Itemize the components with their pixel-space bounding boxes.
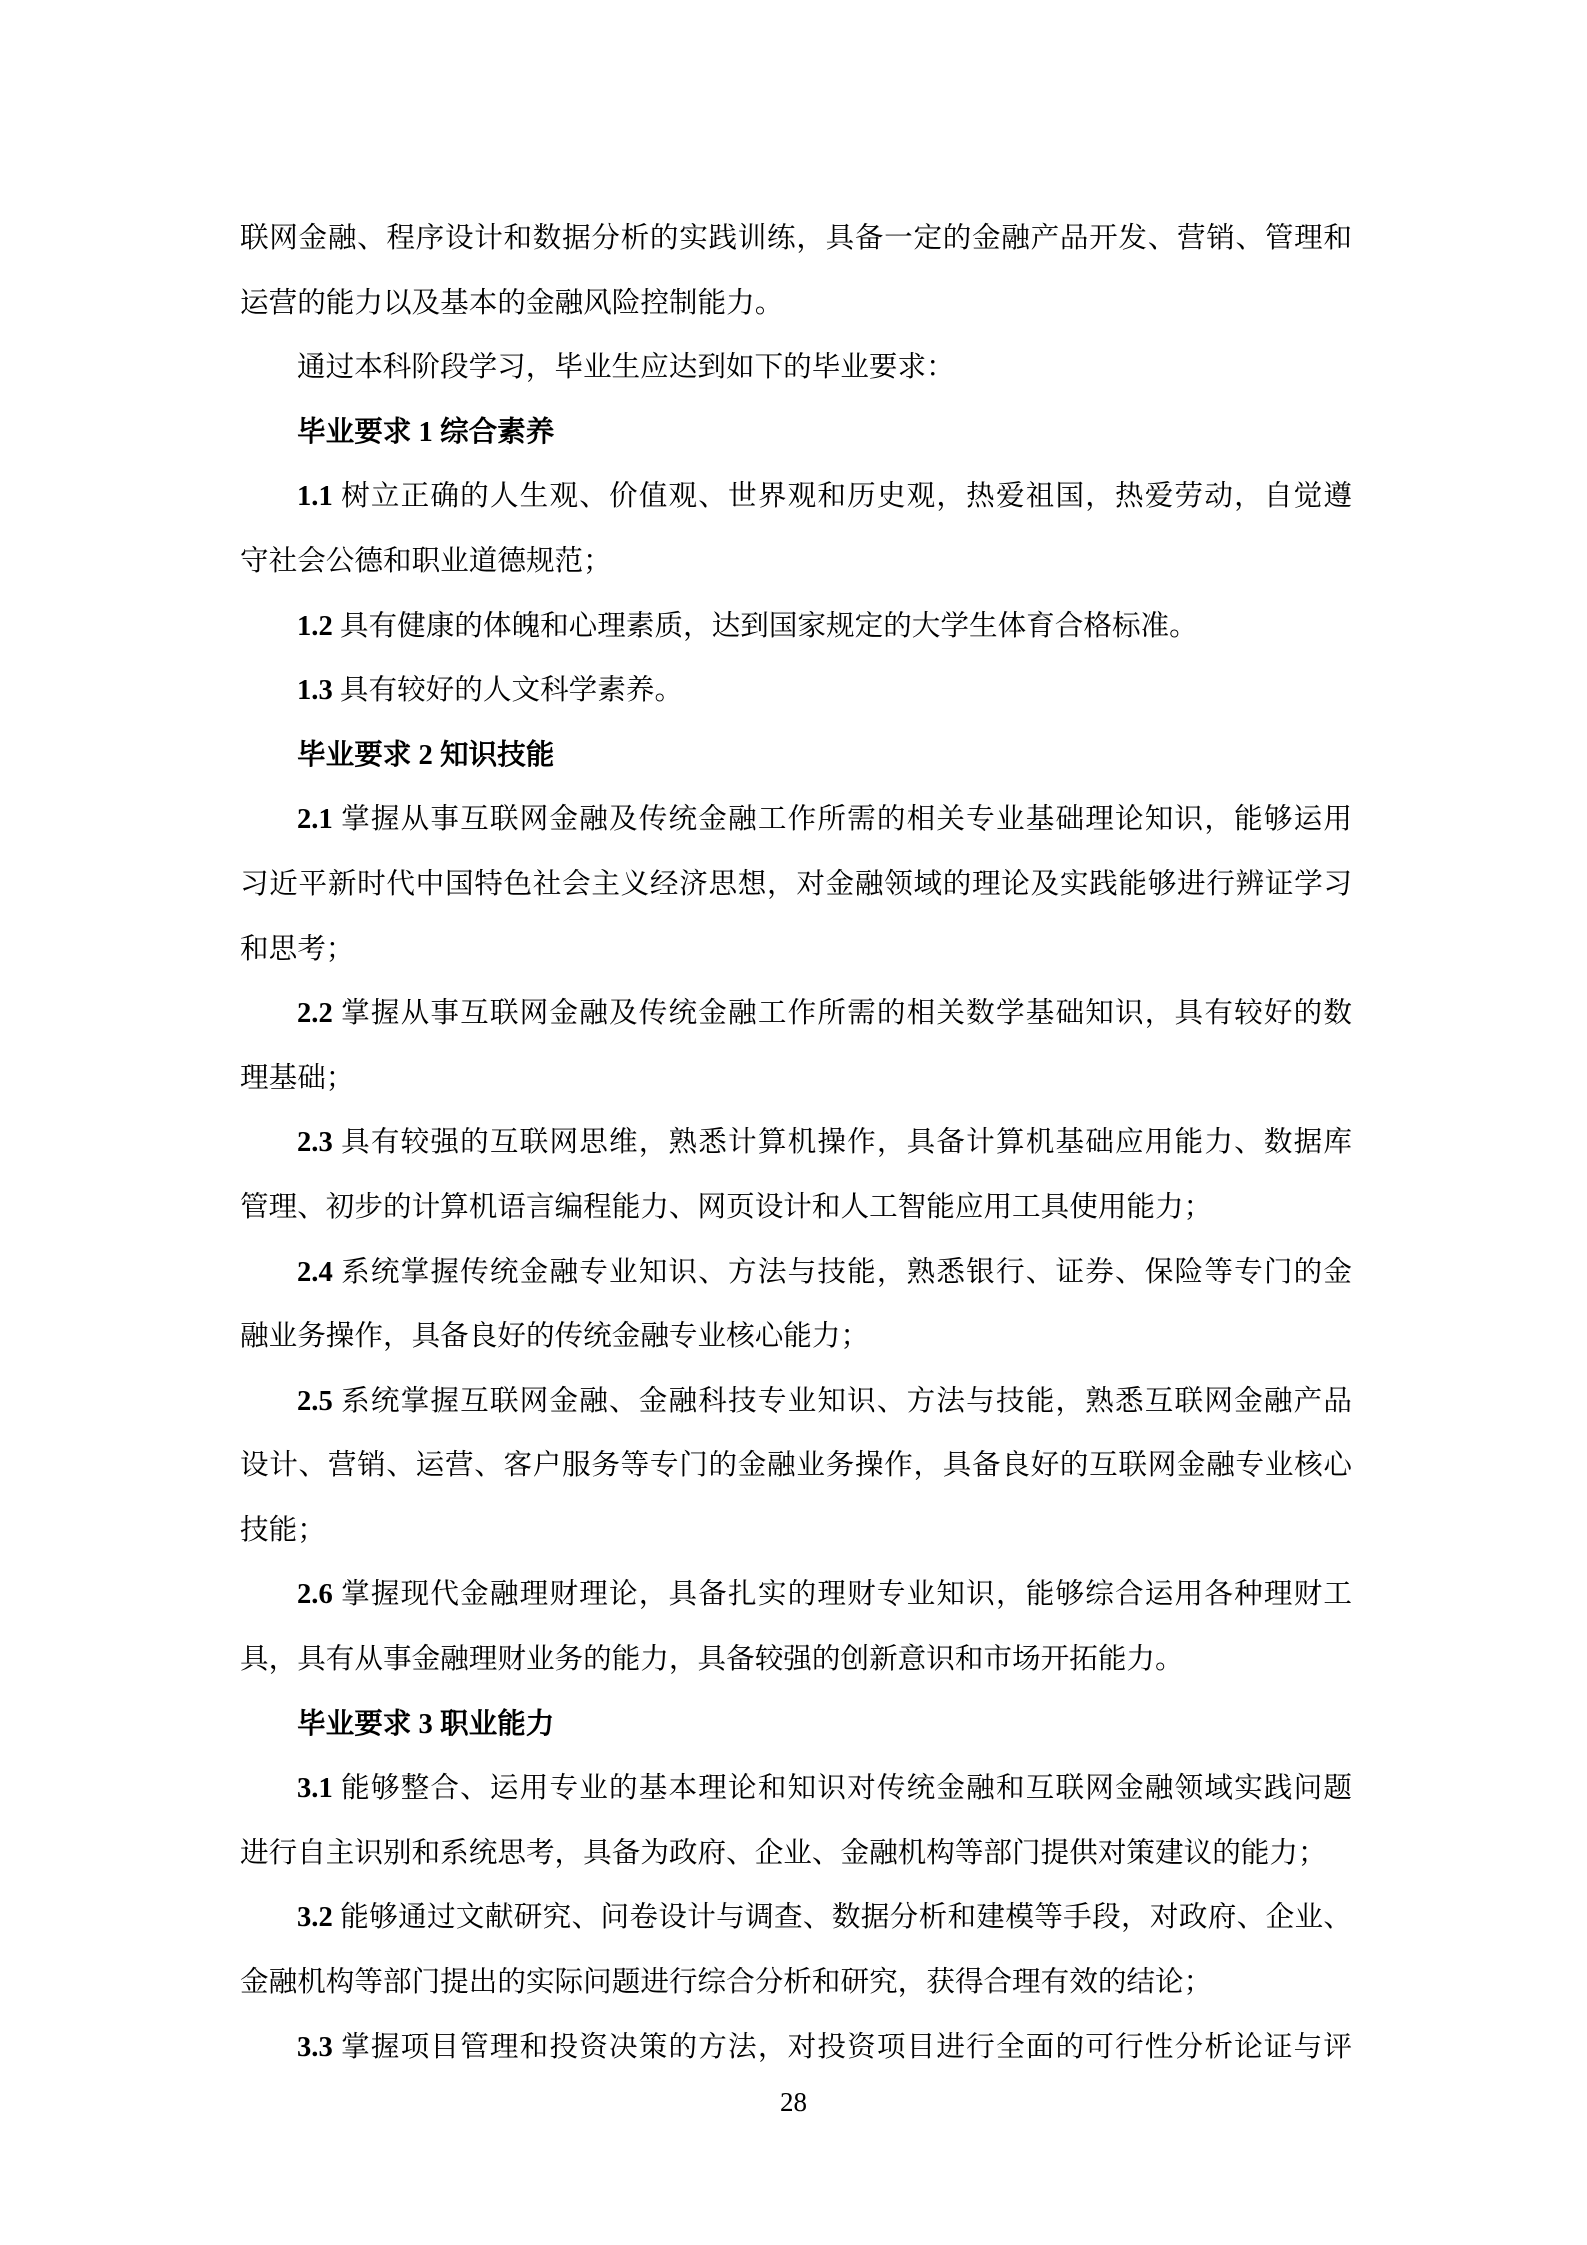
line-text: 通过本科阶段学习，毕业生应达到如下的毕业要求：	[297, 352, 955, 383]
text-line: 守社会公德和职业道德规范；	[240, 530, 1352, 595]
item-number: 2.2	[297, 998, 333, 1029]
text-line: 1.2 具有健康的体魄和心理素质，达到国家规定的大学生体育合格标准。	[240, 595, 1352, 660]
line-text: 金融机构等部门提出的实际问题进行综合分析和研究，获得合理有效的结论；	[240, 1967, 1212, 1998]
line-text: 掌握从事互联网金融及传统金融工作所需的相关数学基础知识，具有较好的数	[341, 998, 1352, 1029]
line-text: 毕业要求 2 知识技能	[297, 740, 554, 771]
item-number: 2.6	[297, 1579, 333, 1610]
line-text: 能够通过文献研究、问卷设计与调查、数据分析和建模等手段，对政府、企业、	[340, 1902, 1352, 1933]
item-number: 2.3	[297, 1127, 333, 1158]
item-number: 1.2	[297, 611, 333, 642]
section-heading: 毕业要求 2 知识技能	[240, 724, 1352, 789]
text-line: 1.1 树立正确的人生观、价值观、世界观和历史观，热爱祖国，热爱劳动，自觉遵	[240, 465, 1352, 530]
line-text: 具有较好的人文科学素养。	[340, 675, 683, 706]
section-heading: 毕业要求 3 职业能力	[240, 1693, 1352, 1758]
item-number: 2.1	[297, 804, 333, 835]
text-line: 通过本科阶段学习，毕业生应达到如下的毕业要求：	[240, 336, 1352, 401]
text-line: 2.4 系统掌握传统金融专业知识、方法与技能，熟悉银行、证券、保险等专门的金	[240, 1241, 1352, 1306]
text-line: 技能；	[240, 1499, 1352, 1564]
line-text: 设计、营销、运营、客户服务等专门的金融业务操作，具备良好的互联网金融专业核心	[240, 1450, 1352, 1481]
text-line: 2.1 掌握从事互联网金融及传统金融工作所需的相关专业基础理论知识，能够运用	[240, 788, 1352, 853]
item-number: 2.4	[297, 1257, 333, 1288]
line-text: 具有健康的体魄和心理素质，达到国家规定的大学生体育合格标准。	[340, 611, 1198, 642]
text-line: 2.2 掌握从事互联网金融及传统金融工作所需的相关数学基础知识，具有较好的数	[240, 982, 1352, 1047]
line-text: 掌握项目管理和投资决策的方法，对投资项目进行全面的可行性分析论证与评	[341, 2032, 1352, 2063]
text-line: 运营的能力以及基本的金融风险控制能力。	[240, 272, 1352, 337]
line-text: 融业务操作，具备良好的传统金融专业核心能力；	[240, 1321, 869, 1352]
text-line: 融业务操作，具备良好的传统金融专业核心能力；	[240, 1305, 1352, 1370]
line-text: 进行自主识别和系统思考，具备为政府、企业、金融机构等部门提供对策建议的能力；	[240, 1838, 1327, 1869]
text-line: 设计、营销、运营、客户服务等专门的金融业务操作，具备良好的互联网金融专业核心	[240, 1434, 1352, 1499]
line-text: 系统掌握互联网金融、金融科技专业知识、方法与技能，熟悉互联网金融产品	[341, 1386, 1352, 1417]
text-line: 2.5 系统掌握互联网金融、金融科技专业知识、方法与技能，熟悉互联网金融产品	[240, 1370, 1352, 1435]
text-line: 3.2 能够通过文献研究、问卷设计与调查、数据分析和建模等手段，对政府、企业、	[240, 1886, 1352, 1951]
text-line: 管理、初步的计算机语言编程能力、网页设计和人工智能应用工具使用能力；	[240, 1176, 1352, 1241]
text-line: 习近平新时代中国特色社会主义经济思想，对金融领域的理论及实践能够进行辨证学习	[240, 853, 1352, 918]
item-number: 3.1	[297, 1773, 333, 1804]
text-line: 2.3 具有较强的互联网思维，熟悉计算机操作，具备计算机基础应用能力、数据库	[240, 1111, 1352, 1176]
page-number: 28	[0, 2082, 1587, 2122]
line-text: 习近平新时代中国特色社会主义经济思想，对金融领域的理论及实践能够进行辨证学习	[240, 869, 1352, 900]
item-number: 1.1	[297, 481, 333, 512]
line-text: 管理、初步的计算机语言编程能力、网页设计和人工智能应用工具使用能力；	[240, 1192, 1212, 1223]
line-text: 树立正确的人生观、价值观、世界观和历史观，热爱祖国，热爱劳动，自觉遵	[341, 481, 1352, 512]
line-text: 和思考；	[240, 934, 354, 965]
document-page: 联网金融、程序设计和数据分析的实践训练，具备一定的金融产品开发、营销、管理和运营…	[0, 0, 1587, 2245]
text-line: 具，具有从事金融理财业务的能力，具备较强的创新意识和市场开拓能力。	[240, 1628, 1352, 1693]
line-text: 毕业要求 3 职业能力	[297, 1709, 554, 1740]
document-body: 联网金融、程序设计和数据分析的实践训练，具备一定的金融产品开发、营销、管理和运营…	[240, 207, 1352, 2080]
text-line: 2.6 掌握现代金融理财理论，具备扎实的理财专业知识，能够综合运用各种理财工	[240, 1563, 1352, 1628]
line-text: 具，具有从事金融理财业务的能力，具备较强的创新意识和市场开拓能力。	[240, 1644, 1184, 1675]
line-text: 掌握从事互联网金融及传统金融工作所需的相关专业基础理论知识，能够运用	[341, 804, 1352, 835]
text-line: 联网金融、程序设计和数据分析的实践训练，具备一定的金融产品开发、营销、管理和	[240, 207, 1352, 272]
item-number: 2.5	[297, 1386, 333, 1417]
line-text: 掌握现代金融理财理论，具备扎实的理财专业知识，能够综合运用各种理财工	[341, 1579, 1352, 1610]
item-number: 3.3	[297, 2032, 333, 2063]
text-line: 1.3 具有较好的人文科学素养。	[240, 659, 1352, 724]
line-text: 系统掌握传统金融专业知识、方法与技能，熟悉银行、证券、保险等专门的金	[341, 1257, 1352, 1288]
line-text: 技能；	[240, 1515, 326, 1546]
line-text: 运营的能力以及基本的金融风险控制能力。	[240, 288, 783, 319]
text-line: 3.1 能够整合、运用专业的基本理论和知识对传统金融和互联网金融领域实践问题	[240, 1757, 1352, 1822]
line-text: 守社会公德和职业道德规范；	[240, 546, 612, 577]
section-heading: 毕业要求 1 综合素养	[240, 401, 1352, 466]
line-text: 理基础；	[240, 1063, 354, 1094]
line-text: 能够整合、运用专业的基本理论和知识对传统金融和互联网金融领域实践问题	[341, 1773, 1352, 1804]
line-text: 联网金融、程序设计和数据分析的实践训练，具备一定的金融产品开发、营销、管理和	[240, 223, 1352, 254]
line-text: 毕业要求 1 综合素养	[297, 417, 554, 448]
text-line: 理基础；	[240, 1047, 1352, 1112]
line-text: 具有较强的互联网思维，熟悉计算机操作，具备计算机基础应用能力、数据库	[341, 1127, 1352, 1158]
item-number: 3.2	[297, 1902, 333, 1933]
item-number: 1.3	[297, 675, 333, 706]
text-line: 和思考；	[240, 918, 1352, 983]
text-line: 金融机构等部门提出的实际问题进行综合分析和研究，获得合理有效的结论；	[240, 1951, 1352, 2016]
text-line: 3.3 掌握项目管理和投资决策的方法，对投资项目进行全面的可行性分析论证与评	[240, 2016, 1352, 2081]
text-line: 进行自主识别和系统思考，具备为政府、企业、金融机构等部门提供对策建议的能力；	[240, 1822, 1352, 1887]
